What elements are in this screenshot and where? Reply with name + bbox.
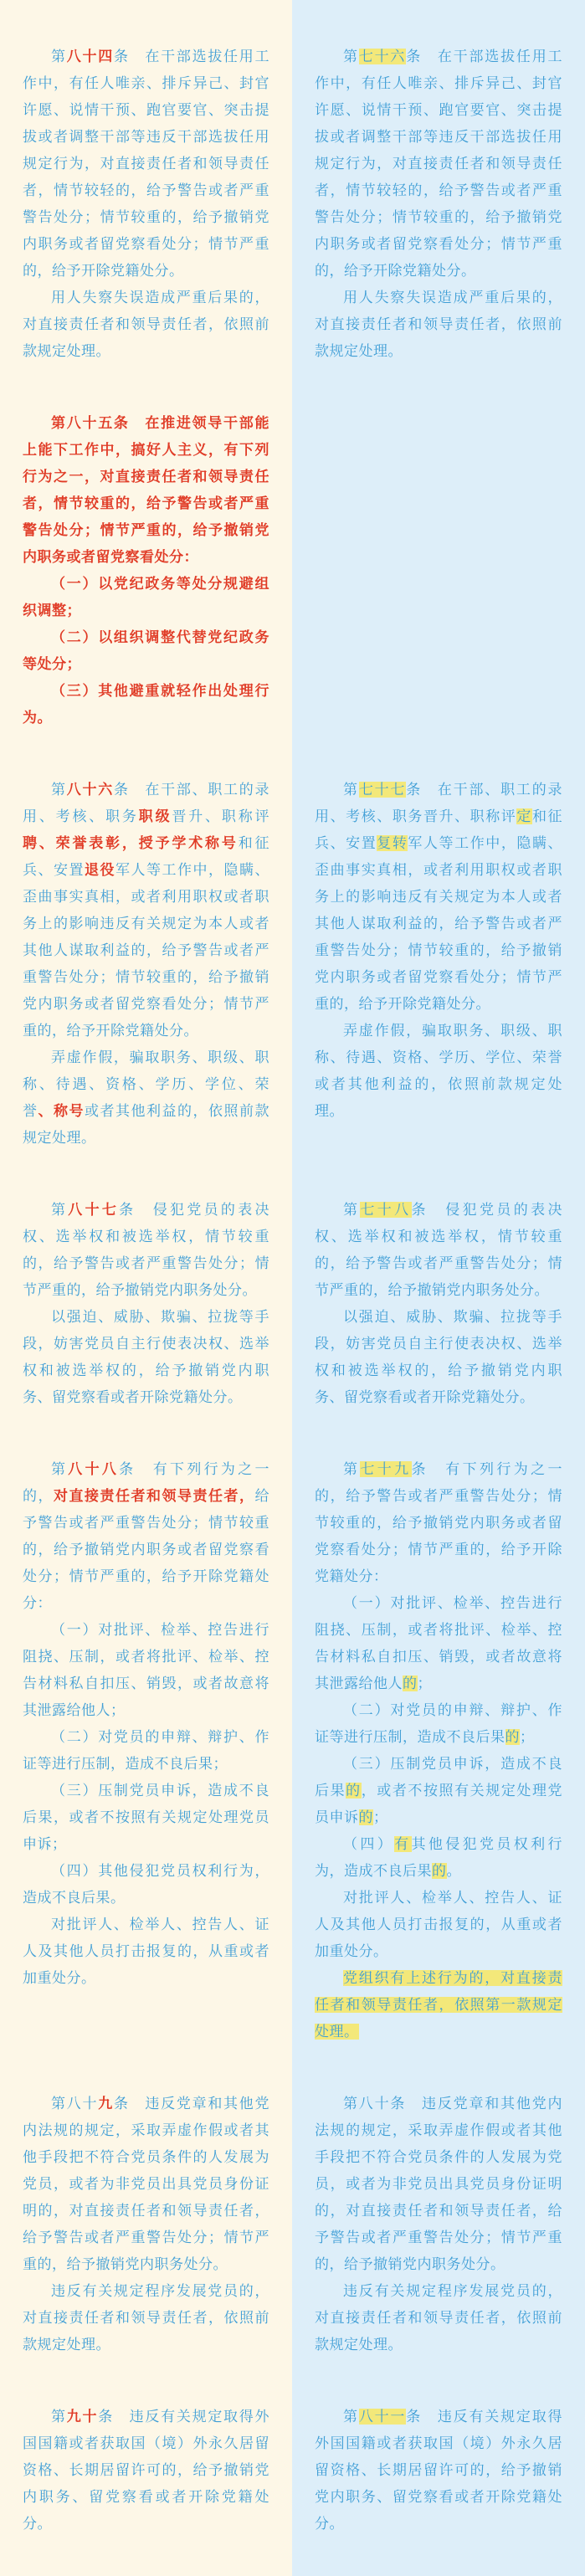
paragraph: 以强迫、威胁、欺骗、拉拢等手段，妨害党员自主行使表决权、选举权和被选举权的，给予…	[315, 1304, 562, 1411]
new-version-article-cell: 第八十六条 在干部、职工的录用、考核、职务职级晋升、职称评聘、荣誉表彰，授予学术…	[0, 777, 292, 1197]
body-text: 条 有下列行为之一的，给予警告或者严重警告处分；情节较重的，给予撤销党内职务或者…	[315, 1461, 562, 1584]
body-text: 条 在干部选拔任用工作中，有任人唯亲、排斥异己、封官许愿、说情干预、跑官要官、突…	[23, 49, 269, 279]
body-text: ；	[418, 1675, 433, 1691]
changed-text-highlight: 的	[346, 1783, 362, 1799]
changed-text-highlight: 七十七	[359, 782, 406, 798]
body-text: 第	[51, 1461, 68, 1477]
new-version-article-cell: 第八十五条 在推进领导干部能上能下工作中，搞好人主义，有下列行为之一，对直接责任…	[0, 410, 292, 777]
body-text: 给予警告或者严重警告处分；情节较重的，给予撤销党内职务或者留党察看处分；情节严重…	[23, 1488, 269, 1611]
added-text: 八十六	[67, 782, 114, 798]
body-text: 对批评人、检举人、控告人、证人及其他人员打击报复的，从重或者加重处分。	[315, 1890, 562, 1959]
paragraph: （二）对党员的申辩、辩护、作证等进行压制，造成不良后果；	[23, 1724, 269, 1778]
paragraph: 第七十九条 有下列行为之一的，给予警告或者严重警告处分；情节较重的，给予撤销党内…	[315, 1456, 562, 1590]
old-version-article-cell	[292, 410, 585, 777]
added-text: 八十七	[68, 1202, 119, 1218]
paragraph: 第八十一条 违反有关规定取得外国国籍或者获取国（境）外永久居留资格、长期居留许可…	[315, 2404, 562, 2538]
paragraph: 第八十九条 违反党章和其他党内法规的规定，采取弄虚作假或者其他手段把不符合党员条…	[23, 2091, 269, 2278]
added-text: 对直接责任者和领导责任者，	[54, 1488, 255, 1504]
paragraph: 第八十八条 有下列行为之一的，对直接责任者和领导责任者，给予警告或者严重警告处分…	[23, 1456, 269, 1617]
changed-text-highlight: 定	[516, 808, 532, 824]
new-version-article-cell: 第九十条 违反有关规定取得外国国籍或者获取国（境）外永久居留资格、长期居留许可的…	[0, 2404, 292, 2576]
body-text: 条 违反有关规定取得外国国籍或者获取国（境）外永久居留资格、长期居留许可的，给予…	[315, 2409, 562, 2532]
paragraph: 弄虚作假，骗取职务、职级、职称、待遇、资格、学历、学位、荣誉、称号或者其他利益的…	[23, 1044, 269, 1152]
added-text: 退役	[85, 862, 115, 878]
paragraph: （四）其他侵犯党员权利行为，造成不良后果。	[23, 1858, 269, 1911]
added-text: 八十八	[68, 1461, 119, 1477]
added-text: （一）以党纪政务等处分规避组织调整；	[23, 576, 269, 618]
body-text: （四）其他侵犯党员权利行为，造成不良后果。	[23, 1863, 269, 1906]
paragraph: 第八十五条 在推进领导干部能上能下工作中，搞好人主义，有下列行为之一，对直接责任…	[23, 410, 269, 571]
body-text: 军人等工作中，隐瞒、歪曲事实真相，或者利用职权或者职务上的影响违反有关规定为本人…	[23, 862, 269, 1039]
body-text: （四）	[343, 1836, 394, 1852]
body-text: 以强迫、威胁、欺骗、拉拢等手段，妨害党员自主行使表决权、选举权和被选举权的，给予…	[315, 1309, 562, 1405]
changed-text-highlight: 七十九	[360, 1461, 411, 1477]
old-version-article-cell: 第八十一条 违反有关规定取得外国国籍或者获取国（境）外永久居留资格、长期居留许可…	[292, 2404, 585, 2576]
changed-text-highlight: 有	[394, 1836, 411, 1852]
body-text: （二）对党员的申辩、辩护、作证等进行压制，造成不良后果；	[23, 1729, 269, 1772]
body-text: 条 违反党章和其他党内法规的规定，采取弄虚作假或者其他手段把不符合党员条件的人发…	[23, 2096, 269, 2272]
paragraph: 第八十条 违反党章和其他党内法规的规定，采取弄虚作假或者其他手段把不符合党员条件…	[315, 2091, 562, 2278]
body-text: 第八十条 违反党章和其他党内法规的规定，采取弄虚作假或者其他手段把不符合党员条件…	[315, 2096, 562, 2272]
changed-text-highlight: 的	[505, 1729, 521, 1745]
paragraph: （二）对党员的申辩、辩护、作证等进行压制，造成不良后果的；	[315, 1697, 562, 1751]
body-text: 第	[51, 2409, 67, 2425]
body-text: 以强迫、威胁、欺骗、拉拢等手段，妨害党员自主行使表决权、选举权和被选举权的，给予…	[23, 1309, 269, 1405]
added-text: 九十	[67, 2409, 98, 2425]
body-text: 第	[343, 1202, 360, 1218]
paragraph: （二）以组织调整代替党纪政务等处分；	[23, 624, 269, 678]
comparison-grid: 第八十四条 在干部选拔任用工作中，有任人唯亲、排斥异己、封官许愿、说情干预、跑官…	[0, 0, 585, 2576]
old-version-article-cell: 第八十条 违反党章和其他党内法规的规定，采取弄虚作假或者其他手段把不符合党员条件…	[292, 2091, 585, 2404]
paragraph: 第八十七条 侵犯党员的表决权、选举权和被选举权，情节较重的，给予警告或者严重警告…	[23, 1197, 269, 1304]
new-version-article-cell: 第八十九条 违反党章和其他党内法规的规定，采取弄虚作假或者其他手段把不符合党员条…	[0, 2091, 292, 2404]
added-text: 职级	[139, 808, 172, 824]
paragraph: 对批评人、检举人、控告人、证人及其他人员打击报复的，从重或者加重处分。	[23, 1911, 269, 1992]
paragraph: 用人失察失误造成严重后果的，对直接责任者和领导责任者，依照前款规定处理。	[315, 285, 562, 365]
body-text: ；	[373, 1809, 388, 1825]
body-text: 军人等工作中，隐瞒、歪曲事实真相，或者利用职权或者职务上的影响违反有关规定为本人…	[315, 835, 562, 1012]
new-version-article-cell: 第八十八条 有下列行为之一的，对直接责任者和领导责任者，给予警告或者严重警告处分…	[0, 1456, 292, 2091]
body-text: 。	[447, 1863, 462, 1879]
body-text: 第	[343, 2409, 359, 2425]
changed-text-highlight: 复转	[377, 835, 408, 851]
changed-text-highlight: 的	[359, 1809, 374, 1825]
body-text: 条 在干部选拔任用工作中，有任人唯亲、排斥异己、封官许愿、说情干预、跑官要官、突…	[315, 49, 562, 279]
paragraph: （四）有其他侵犯党员权利行为，造成不良后果的。	[315, 1831, 562, 1885]
body-text: 违反有关规定程序发展党员的，对直接责任者和领导责任者，依照前款规定处理。	[23, 2283, 269, 2353]
paragraph: （一）对批评、检举、控告进行阻挠、压制，或者将批评、检举、控告材料私自扣压、销毁…	[23, 1617, 269, 1724]
paragraph: 对批评人、检举人、控告人、证人及其他人员打击报复的，从重或者加重处分。	[315, 1885, 562, 1965]
paragraph: 弄虚作假，骗取职务、职级、职称、待遇、资格、学历、学位、荣誉或者其他利益的，依照…	[315, 1018, 562, 1125]
paragraph: 用人失察失误造成严重后果的，对直接责任者和领导责任者，依照前款规定处理。	[23, 285, 269, 365]
paragraph: （三）压制党员申诉，造成不良后果，或者不按照有关规定处理党员申诉；	[23, 1778, 269, 1858]
added-text: 第八十五条 在推进领导干部能上能下工作中，搞好人主义，有下列行为之一，对直接责任…	[23, 415, 269, 565]
body-text: 第	[51, 1202, 68, 1218]
changed-text-highlight: 七十六	[359, 49, 406, 64]
body-text: 对批评人、检举人、控告人、证人及其他人员打击报复的，从重或者加重处分。	[23, 1917, 269, 1986]
paragraph: 违反有关规定程序发展党员的，对直接责任者和领导责任者，依照前款规定处理。	[315, 2278, 562, 2358]
paragraph: （三）其他避重就轻作出处理行为。	[23, 678, 269, 731]
added-text: （三）其他避重就轻作出处理行为。	[23, 683, 269, 726]
body-text: 弄虚作假，骗取职务、职级、职称、待遇、资格、学历、学位、荣誉或者其他利益的，依照…	[315, 1023, 562, 1119]
paragraph: 第八十六条 在干部、职工的录用、考核、职务职级晋升、职称评聘、荣誉表彰，授予学术…	[23, 777, 269, 1044]
paragraph: （三）压制党员申诉，造成不良后果的，或者不按照有关规定处理党员申诉的；	[315, 1751, 562, 1831]
body-text: （一）对批评、检举、控告进行阻挠、压制，或者将批评、检举、控告材料私自扣压、销毁…	[315, 1595, 562, 1691]
old-version-article-cell: 第七十九条 有下列行为之一的，给予警告或者严重警告处分；情节较重的，给予撤销党内…	[292, 1456, 585, 2091]
old-version-article-cell: 第七十八条 侵犯党员的表决权、选举权和被选举权，情节较重的，给予警告或者严重警告…	[292, 1197, 585, 1456]
added-text: 八十四	[67, 49, 114, 64]
paragraph: 第九十条 违反有关规定取得外国国籍或者获取国（境）外永久居留资格、长期居留许可的…	[23, 2404, 269, 2538]
added-text: 九	[98, 2096, 114, 2112]
body-text: 第	[343, 1461, 360, 1477]
paragraph: （一）以党纪政务等处分规避组织调整；	[23, 571, 269, 624]
new-version-article-cell: 第八十四条 在干部选拔任用工作中，有任人唯亲、排斥异己、封官许愿、说情干预、跑官…	[0, 0, 292, 410]
new-version-article-cell: 第八十七条 侵犯党员的表决权、选举权和被选举权，情节较重的，给予警告或者严重警告…	[0, 1197, 292, 1456]
body-text: 第	[343, 49, 359, 64]
body-text: 用人失察失误造成严重后果的，对直接责任者和领导责任者，依照前款规定处理。	[315, 290, 562, 359]
changed-text-highlight: 的	[403, 1675, 418, 1691]
added-text: 、称号	[38, 1103, 85, 1119]
added-text: （二）以组织调整代替党纪政务等处分；	[23, 629, 269, 672]
body-text: 晋升、职称评	[172, 808, 269, 824]
added-text: 聘、荣誉表彰，授予学术称号	[23, 835, 239, 851]
changed-text-highlight: 七十八	[360, 1202, 411, 1218]
body-text: ；	[520, 1729, 535, 1745]
body-text: （三）压制党员申诉，造成不良后果，或者不按照有关规定处理党员申诉；	[23, 1783, 269, 1852]
paragraph: 第八十四条 在干部选拔任用工作中，有任人唯亲、排斥异己、封官许愿、说情干预、跑官…	[23, 44, 269, 285]
body-text: 第	[51, 782, 67, 798]
paragraph: 违反有关规定程序发展党员的，对直接责任者和领导责任者，依照前款规定处理。	[23, 2278, 269, 2358]
body-text: 第	[343, 782, 359, 798]
paragraph: 第七十六条 在干部选拔任用工作中，有任人唯亲、排斥异己、封官许愿、说情干预、跑官…	[315, 44, 562, 285]
body-text: 违反有关规定程序发展党员的，对直接责任者和领导责任者，依照前款规定处理。	[315, 2283, 562, 2353]
paragraph: 第七十八条 侵犯党员的表决权、选举权和被选举权，情节较重的，给予警告或者严重警告…	[315, 1197, 562, 1304]
changed-text-highlight: 八十一	[359, 2409, 406, 2425]
body-text: 第	[51, 49, 67, 64]
body-text: 用人失察失误造成严重后果的，对直接责任者和领导责任者，依照前款规定处理。	[23, 290, 269, 359]
body-text: 条 违反有关规定取得外国国籍或者获取国（境）外永久居留资格、长期居留许可的，给予…	[23, 2409, 269, 2532]
paragraph: （一）对批评、检举、控告进行阻挠、压制，或者将批评、检举、控告材料私自扣压、销毁…	[315, 1590, 562, 1697]
changed-text-highlight: 党组织有上述行为的，对直接责任者和领导责任者，依照第一款规定处理。	[315, 1970, 562, 2040]
paragraph: 党组织有上述行为的，对直接责任者和领导责任者，依照第一款规定处理。	[315, 1965, 562, 2045]
old-version-article-cell: 第七十六条 在干部选拔任用工作中，有任人唯亲、排斥异己、封官许愿、说情干预、跑官…	[292, 0, 585, 410]
changed-text-highlight: 的	[432, 1863, 447, 1879]
body-text: 第八十	[51, 2096, 98, 2112]
old-version-article-cell: 第七十七条 在干部、职工的录用、考核、职务晋升、职称评定和征兵、安置复转军人等工…	[292, 777, 585, 1197]
paragraph: 第七十七条 在干部、职工的录用、考核、职务晋升、职称评定和征兵、安置复转军人等工…	[315, 777, 562, 1018]
paragraph: 以强迫、威胁、欺骗、拉拢等手段，妨害党员自主行使表决权、选举权和被选举权的，给予…	[23, 1304, 269, 1411]
body-text: （一）对批评、检举、控告进行阻挠、压制，或者将批评、检举、控告材料私自扣压、销毁…	[23, 1622, 269, 1718]
